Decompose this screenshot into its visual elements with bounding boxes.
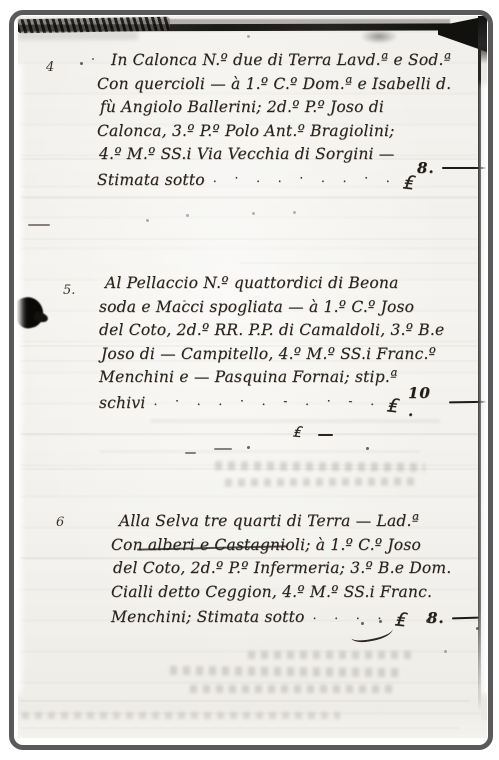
bleedthrough-mark bbox=[248, 651, 413, 659]
entry-5-amount-value: 10 . bbox=[408, 384, 442, 420]
entry-5-number: 5. bbox=[63, 283, 75, 298]
lira-sign: ₤ bbox=[292, 422, 304, 443]
entry-4-line: fù Angiolo Ballerini; 2d.º P.º Joso di bbox=[100, 96, 415, 120]
ink-speck bbox=[379, 620, 382, 623]
ink-speck bbox=[247, 446, 250, 449]
lira-sign: ₤ bbox=[402, 172, 416, 193]
entry-5-line: del Coto, 2d.º RR. P.P. di Camaldoli, 3.… bbox=[99, 319, 399, 343]
scan-band-corner-strip bbox=[478, 16, 487, 64]
ink-speck bbox=[183, 300, 186, 302]
entry-6-amount: 8. bbox=[427, 609, 479, 627]
entry-4-number: 4 bbox=[46, 60, 54, 75]
streak bbox=[20, 345, 478, 347]
streak bbox=[20, 238, 478, 240]
entry-4-line: Con quercioli — à 1.º C.º Dom.ª e Isabel… bbox=[97, 73, 415, 97]
entry-5-line: Menchini e — Pasquina Fornai; stip.ª bbox=[99, 366, 399, 390]
leader-dots: . · . . · . . · . . bbox=[205, 167, 403, 193]
ink-speck bbox=[92, 58, 94, 60]
scan-smudge bbox=[360, 29, 398, 44]
ink-dash bbox=[185, 452, 196, 454]
ink-dash bbox=[28, 224, 50, 226]
leader-dots: . · . . · . - . · - . . bbox=[146, 390, 387, 416]
bleedthrough-mark bbox=[190, 685, 395, 693]
ink-speck bbox=[247, 35, 250, 38]
streak bbox=[240, 262, 478, 264]
entry-6-line: del Coto, 2d.º P.º Infermeria; 3.º B.e D… bbox=[113, 557, 407, 581]
ink-speck bbox=[293, 211, 296, 214]
ink-speck bbox=[476, 627, 479, 630]
ink-speck bbox=[426, 619, 430, 623]
amount-dash bbox=[442, 167, 487, 169]
entry-4-amount-value: 8. bbox=[417, 159, 435, 177]
ink-dash bbox=[214, 448, 232, 450]
ink-speck bbox=[252, 212, 255, 215]
entry-4-closing-line: Stimata sotto . · . . · . . · . . ₤ bbox=[97, 167, 415, 193]
streak bbox=[20, 557, 478, 559]
frame-fade-right bbox=[486, 88, 499, 690]
entry-4: In Calonca N.º due di Terra Lavd.ª e Sod… bbox=[97, 49, 415, 193]
entry-4-amount: 8. bbox=[417, 159, 487, 177]
scan-band-wash bbox=[18, 31, 138, 40]
entry-5-closing-line: schivi . · . . · . - . · - . . ₤ bbox=[99, 390, 399, 416]
ink-speck bbox=[146, 219, 149, 222]
streak bbox=[20, 700, 470, 702]
ink-speck bbox=[80, 62, 83, 65]
amount-dash bbox=[452, 616, 479, 619]
entry-4-closing-text: Stimata sotto bbox=[97, 169, 205, 193]
flourish-lira: ₤ bbox=[293, 422, 303, 442]
streak bbox=[20, 433, 478, 435]
bleedthrough-mark bbox=[215, 461, 425, 472]
entry-6-closing-line: Menchini; Stimata sotto . . . . · ₤ bbox=[111, 604, 407, 630]
streak bbox=[150, 419, 440, 423]
ink-speck bbox=[366, 447, 369, 450]
lira-sign: ₤ bbox=[394, 609, 408, 630]
entry-6-closing-text: Menchini; Stimata sotto bbox=[111, 606, 305, 630]
bleedthrough-mark bbox=[22, 712, 340, 719]
ink-speck bbox=[361, 622, 364, 625]
ink-speck bbox=[186, 214, 189, 217]
manuscript-scan: 4 In Calonca N.º due di Terra Lavd.ª e S… bbox=[0, 0, 499, 760]
entry-4-line: Calonca, 3.º P.º Polo Ant.º Bragiolini; bbox=[97, 120, 415, 144]
entry-6-line: Cialli detto Ceggion, 4.º M.º SS.i Franc… bbox=[111, 581, 407, 605]
entry-4-line: In Calonca N.º due di Terra Lavd.ª e Sod… bbox=[111, 49, 415, 73]
entry-6: Alla Selva tre quarti di Terra — Lad.ª C… bbox=[111, 510, 407, 630]
bleedthrough-mark bbox=[225, 477, 420, 486]
lira-sign: ₤ bbox=[386, 395, 400, 416]
entry-6-number: 6 bbox=[56, 515, 64, 530]
streak bbox=[20, 196, 478, 199]
streak bbox=[20, 158, 478, 160]
streak bbox=[100, 450, 420, 453]
entry-5-line: soda e Macci spogliata — à 1.º C.º Joso bbox=[99, 296, 399, 320]
entry-4-line: 4.º M.º SS.i Via Vecchia di Sorgini — bbox=[99, 143, 415, 167]
entry-5-closing-text: schivi bbox=[99, 392, 146, 416]
streak bbox=[20, 727, 460, 729]
frame-fade-left bbox=[4, 68, 17, 690]
entry-5: Al Pellaccio N.º quattordici di Beona so… bbox=[99, 272, 399, 416]
streak bbox=[20, 360, 478, 362]
ink-speck bbox=[444, 650, 447, 653]
entry-5-line: Al Pellaccio N.º quattordici di Beona bbox=[105, 272, 399, 296]
entry-6-line: Alla Selva tre quarti di Terra — Lad.ª bbox=[119, 510, 407, 534]
entry-6-amount-value: 8. bbox=[427, 609, 445, 627]
